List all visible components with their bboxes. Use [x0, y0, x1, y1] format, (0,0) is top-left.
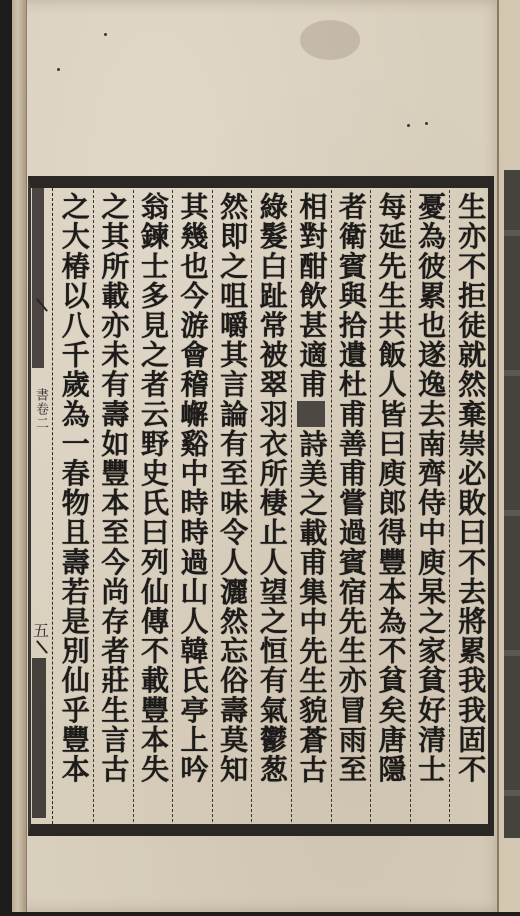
- page-number: 五: [31, 618, 51, 641]
- column-text: 其幾也今游會稽嶰谿中時時過山人韓氏亭上吟: [175, 190, 211, 822]
- fold-strip-title: 書卷二: [30, 388, 50, 430]
- column-text-after-blank: 詩美之載甫集中先生貌蒼古: [295, 429, 328, 784]
- ink-speck: [57, 68, 60, 71]
- ink-speck: [407, 124, 410, 127]
- fold-strip: 書卷二 五: [30, 188, 53, 824]
- text-column-3: 每延先生共飯人皆曰庾郎得豐本為不貧矣唐隱: [371, 190, 411, 822]
- column-text: 之大椿以八千歲為一春物且壽若是別仙乎豐本: [56, 190, 92, 822]
- paper-stain: [300, 20, 360, 60]
- ink-speck: [104, 33, 107, 36]
- column-text-before-blank: 相對酣飲甚適甫: [295, 192, 328, 399]
- text-column-1: 生亦不拒徒就然棄崇必敗曰不去將累我我固不: [450, 190, 490, 822]
- column-text: 然即之咀嚼其言論有至味令人灑然忘俗壽莫知: [214, 190, 250, 822]
- text-column-8: 其幾也今游會稽嶰谿中時時過山人韓氏亭上吟: [173, 190, 213, 822]
- fold-ink-block-bottom: [32, 658, 46, 818]
- text-column-6: 綠髮白趾常被翠羽衣所棲止人望之恒有氣鬱葱: [252, 190, 292, 822]
- column-text-group: 相對酣飲甚適甫詩美之載甫集中先生貌蒼古: [293, 190, 329, 822]
- page-binding-edge: [12, 0, 27, 912]
- fold-ink-block-top: [32, 188, 44, 368]
- column-text: 翁鍊士多見之者云野史氏曰列仙傳不載豐本失: [135, 190, 171, 822]
- text-column-10: 之其所載亦未有壽如豐本至今尚存者莊生言古: [94, 190, 134, 822]
- text-column-11: 之大椿以八千歲為一春物且壽若是別仙乎豐本: [54, 190, 94, 822]
- text-column-9: 翁鍊士多見之者云野史氏曰列仙傳不載豐本失: [134, 190, 174, 822]
- column-text: 憂為彼累也遂逸去南齊侍中庾杲之家貧好清士: [412, 190, 448, 822]
- column-text: 者衛賓與拾遺杜甫善甫嘗過賓宿先生亦冒雨至: [333, 190, 369, 822]
- blank-ink-block: [297, 401, 325, 427]
- text-column-2: 憂為彼累也遂逸去南齊侍中庾杲之家貧好清士: [411, 190, 451, 822]
- column-text: 綠髮白趾常被翠羽衣所棲止人望之恒有氣鬱葱: [254, 190, 290, 822]
- text-column-4: 者衛賓與拾遺杜甫善甫嘗過賓宿先生亦冒雨至: [332, 190, 372, 822]
- text-column-5: 相對酣飲甚適甫詩美之載甫集中先生貌蒼古: [292, 190, 332, 822]
- text-column-7: 然即之咀嚼其言論有至味令人灑然忘俗壽莫知: [213, 190, 253, 822]
- text-columns: 生亦不拒徒就然棄崇必敗曰不去將累我我固不 憂為彼累也遂逸去南齊侍中庾杲之家貧好清…: [54, 190, 490, 822]
- column-text: 生亦不拒徒就然棄崇必敗曰不去將累我我固不: [452, 190, 488, 822]
- column-text: 之其所載亦未有壽如豐本至今尚存者莊生言古: [95, 190, 131, 822]
- ink-speck: [425, 122, 428, 125]
- column-text: 每延先生共飯人皆曰庾郎得豐本為不貧矣唐隱: [373, 190, 409, 822]
- adjacent-page-ink: [504, 170, 520, 838]
- fishtail-mark-bottom: [36, 640, 48, 654]
